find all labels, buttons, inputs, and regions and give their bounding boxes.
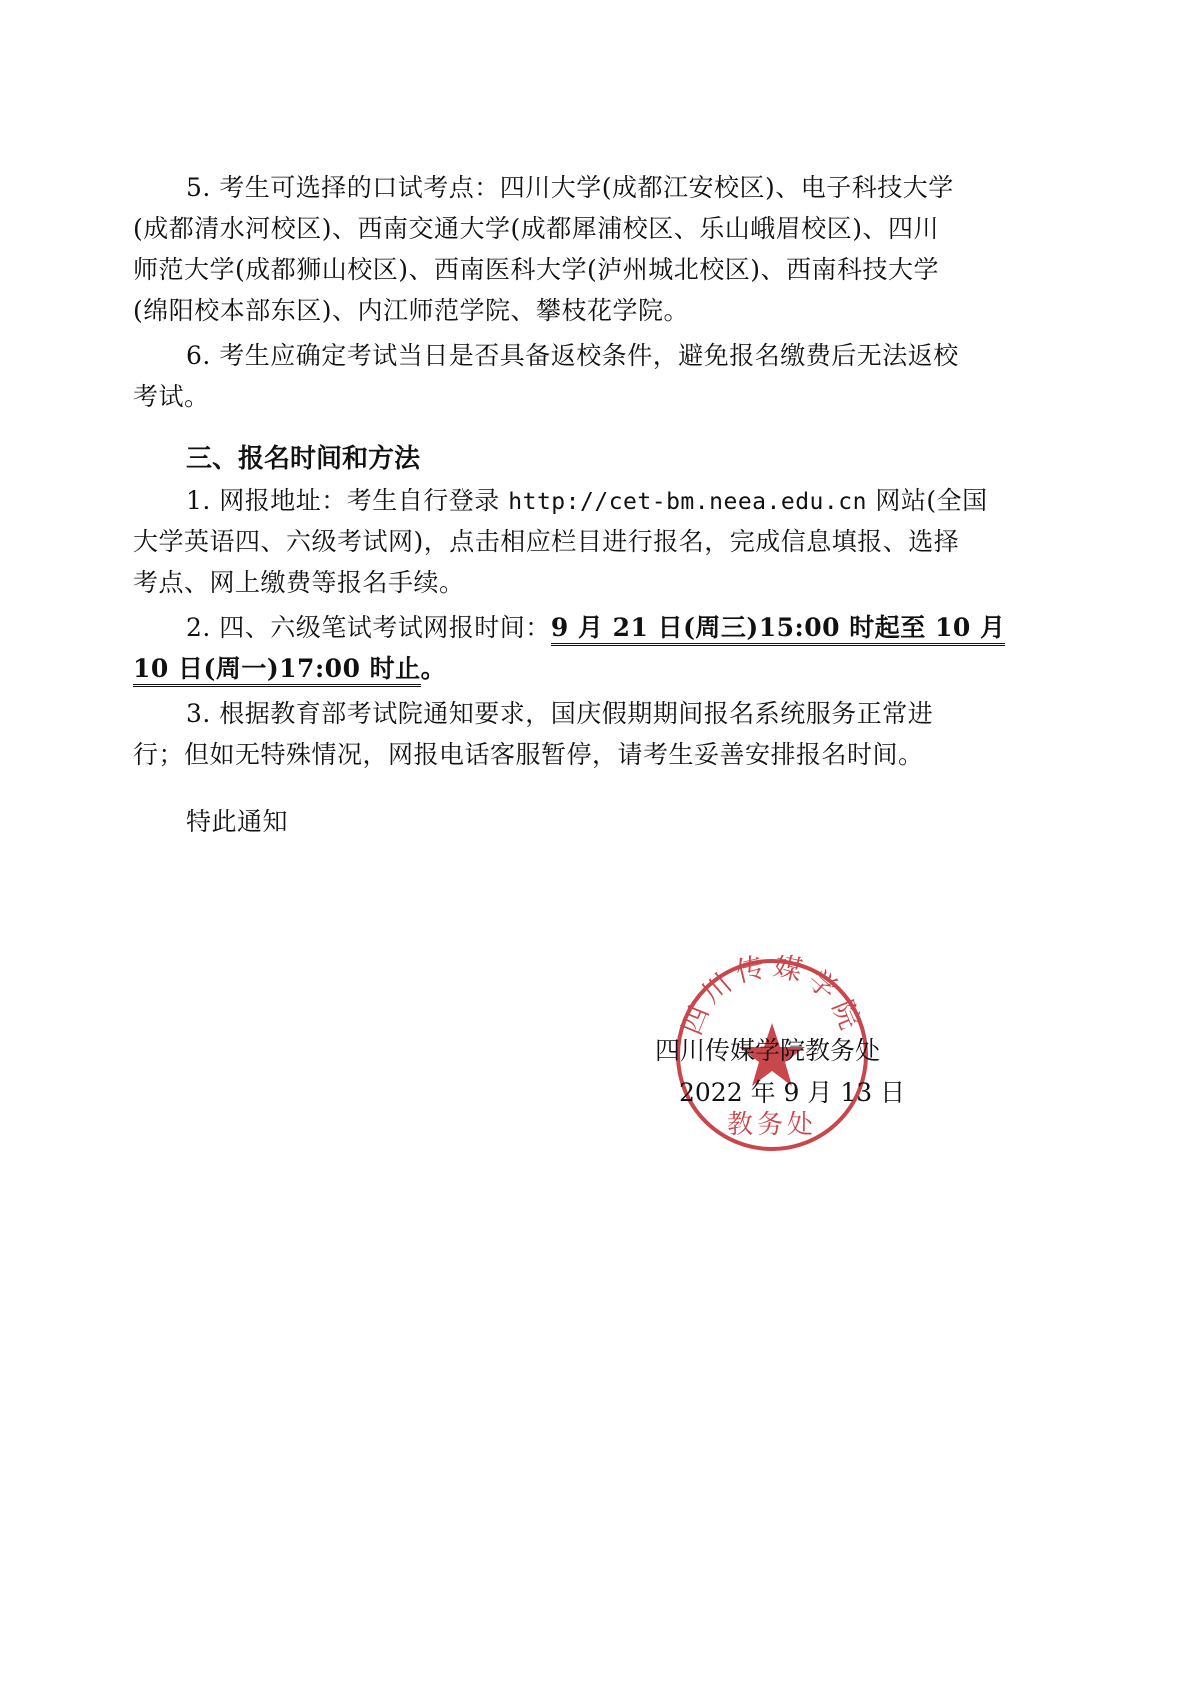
- registration-time-start: 9 月 21 日(周三)15:00 时起至 10 月: [551, 613, 1006, 646]
- s3-item1-prefix: 1. 网报地址：考生自行登录: [186, 486, 500, 515]
- item5-line4: (绵阳校本部东区)、内江师范学院、攀枝花学院。: [133, 291, 689, 327]
- svg-text:教务处: 教务处: [727, 1110, 817, 1140]
- registration-url[interactable]: http://cet-bm.neea.edu.cn: [508, 489, 867, 515]
- s3-item1-line2: 大学英语四、六级考试网)，点击相应栏目进行报名，完成信息填报、选择: [133, 522, 959, 558]
- s3-item2-suffix: 。: [421, 654, 447, 683]
- section-heading: 三、报名时间和方法: [186, 438, 420, 475]
- item5-line2: (成都清水河校区)、西南交通大学(成都犀浦校区、乐山峨眉校区)、四川: [133, 209, 939, 245]
- item6-line1: 6. 考生应确定考试当日是否具备返校条件，避免报名缴费后无法返校: [186, 336, 959, 372]
- s3-item2-line1: 2. 四、六级笔试考试网报时间：9 月 21 日(周三)15:00 时起至 10…: [186, 608, 1005, 644]
- signature-org: 四川传媒学院教务处: [655, 1031, 880, 1067]
- s3-item1-line3: 考点、网上缴费等报名手续。: [133, 563, 465, 599]
- signature-date: 2022 年 9 月 13 日: [679, 1073, 905, 1109]
- s3-item3-line2: 行；但如无特殊情况，网报电话客服暂停，请考生妥善安排报名时间。: [133, 735, 924, 771]
- item5-line1: 5. 考生可选择的口试考点：四川大学(成都江安校区)、电子科技大学: [186, 168, 954, 204]
- document-page: 5. 考生可选择的口试考点：四川大学(成都江安校区)、电子科技大学 (成都清水河…: [0, 0, 1191, 1684]
- item5-line3: 师范大学(成都狮山校区)、西南医科大学(泸州城北校区)、西南科技大学: [133, 250, 939, 286]
- s3-item3-line1: 3. 根据教育部考试院通知要求，国庆假期期间报名系统服务正常进: [186, 694, 933, 730]
- closing-text: 特此通知: [186, 802, 288, 838]
- registration-time-end: 10 日(周一)17:00 时止: [133, 654, 421, 687]
- item6-line2: 考试。: [133, 377, 210, 413]
- s3-item2-prefix: 2. 四、六级笔试考试网报时间：: [186, 613, 551, 642]
- s3-item2-line2: 10 日(周一)17:00 时止。: [133, 649, 446, 685]
- s3-item1-suffix: 网站(全国: [875, 486, 987, 515]
- s3-item1-line1: 1. 网报地址：考生自行登录 http://cet-bm.neea.edu.cn…: [186, 481, 988, 517]
